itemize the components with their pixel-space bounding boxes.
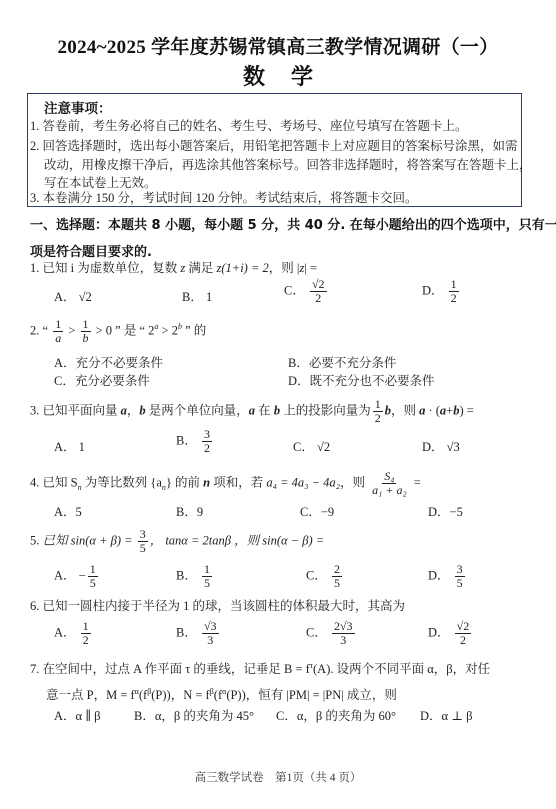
question-7-option-d: D．α ⊥ β — [420, 706, 472, 724]
question-1-option-c: C． √22 — [284, 278, 329, 305]
section-heading-line1: 一、选择题：本题共 8 小题，每小题 5 分，共 40 分. 在每小题给出的四个… — [30, 214, 556, 233]
question-3-stem: 3. 已知平面向量 a，b 是两个单位向量，a 在 b 上的投影向量为12b，则… — [30, 398, 474, 425]
question-6-option-b: B． √33 — [176, 620, 221, 647]
exam-title: 2024~2025 学年度苏锡常镇高三教学情况调研（一） — [0, 32, 556, 59]
question-1-option-b: B． 1 — [182, 287, 212, 305]
question-3-option-a: A． 1 — [54, 437, 85, 455]
question-2-option-a: A．充分不必要条件 — [54, 353, 163, 371]
question-4-option-d: D．−5 — [428, 502, 463, 520]
question-3-option-d: D． √3 — [422, 437, 460, 455]
question-5-option-a: A． −15 — [54, 563, 100, 590]
question-5-option-b: B． 15 — [176, 563, 214, 590]
question-2-stem: 2. “ 1a > 1b > 0 ” 是 “ 2a > 2b ” 的 — [30, 318, 206, 345]
notice-item-2: 2. 回答选择题时，选出每小题答案后，用铅笔把答题卡上对应题目的答案标号涂黑，如… — [30, 136, 518, 156]
notice-heading: 注意事项： — [44, 97, 112, 117]
question-1-stem: 1. 已知 i 为虚数单位，复数 z 满足 z(1+i) = 2，则 |z| = — [30, 259, 317, 277]
question-5-option-d: D． 35 — [428, 563, 467, 590]
question-6-option-d: D． √22 — [428, 620, 473, 647]
question-7-option-a: A．α ∥ β — [54, 706, 100, 724]
notice-item-1: 1. 答卷前，考生务必将自己的姓名、考生号、考场号、座位号填写在答题卡上。 — [30, 116, 468, 136]
question-7-option-b: B．α，β 的夹角为 45° — [134, 706, 254, 724]
question-1-option-a: A． √2 — [54, 287, 92, 305]
page-footer: 高三数学试卷 第1页（共 4 页） — [0, 769, 556, 785]
question-3-option-b: B． 32 — [176, 428, 214, 455]
question-5-stem: 5. 已知 sin(α + β) = 35， tanα = 2tanβ ，则 s… — [30, 528, 324, 555]
question-6-option-c: C． 2√33 — [306, 620, 357, 647]
notice-item-3: 3. 本卷满分 150 分，考试时间 120 分钟。考试结束后，将答题卡交回。 — [30, 188, 418, 208]
notice-item-2-cont: 改动，用橡皮擦干净后，再选涂其他答案标号。回答非选择题时，将答案写在答题卡上， — [44, 155, 532, 175]
question-4-stem: 4. 已知 Sn 为等比数列 {an} 的前 n 项和，若 a₄ = 4a₃ −… — [30, 470, 421, 497]
question-1-option-d: D． 12 — [422, 278, 461, 305]
question-6-stem: 6. 已知一圆柱内接于半径为 1 的球，当该圆柱的体积最大时，其高为 — [30, 597, 405, 615]
question-4-option-b: B．9 — [176, 502, 203, 520]
question-3-option-c: C． √2 — [293, 437, 330, 455]
question-2-option-c: C．充分必要条件 — [54, 371, 150, 389]
subject-title: 数学 — [0, 60, 556, 91]
section-heading-line2: 项是符合题目要求的. — [30, 241, 152, 260]
question-7-option-c: C．α，β 的夹角为 60° — [276, 706, 396, 724]
question-4-option-c: C．−9 — [300, 502, 334, 520]
question-7-stem-line1: 7. 在空间中，过点 A 作平面 τ 的垂线，记垂足 B = fτ(A). 设两… — [30, 657, 490, 678]
question-4-option-a: A．5 — [54, 502, 82, 520]
question-2-option-d: D．既不充分也不必要条件 — [288, 371, 435, 389]
question-7-stem-line2: 意一点 P，M = fα(fβ(P))，N = fβ(fα(P))，恒有 |PM… — [46, 683, 397, 704]
question-2-option-b: B．必要不充分条件 — [288, 353, 396, 371]
question-5-option-c: C． 25 — [306, 563, 344, 590]
question-6-option-a: A． 12 — [54, 620, 93, 647]
